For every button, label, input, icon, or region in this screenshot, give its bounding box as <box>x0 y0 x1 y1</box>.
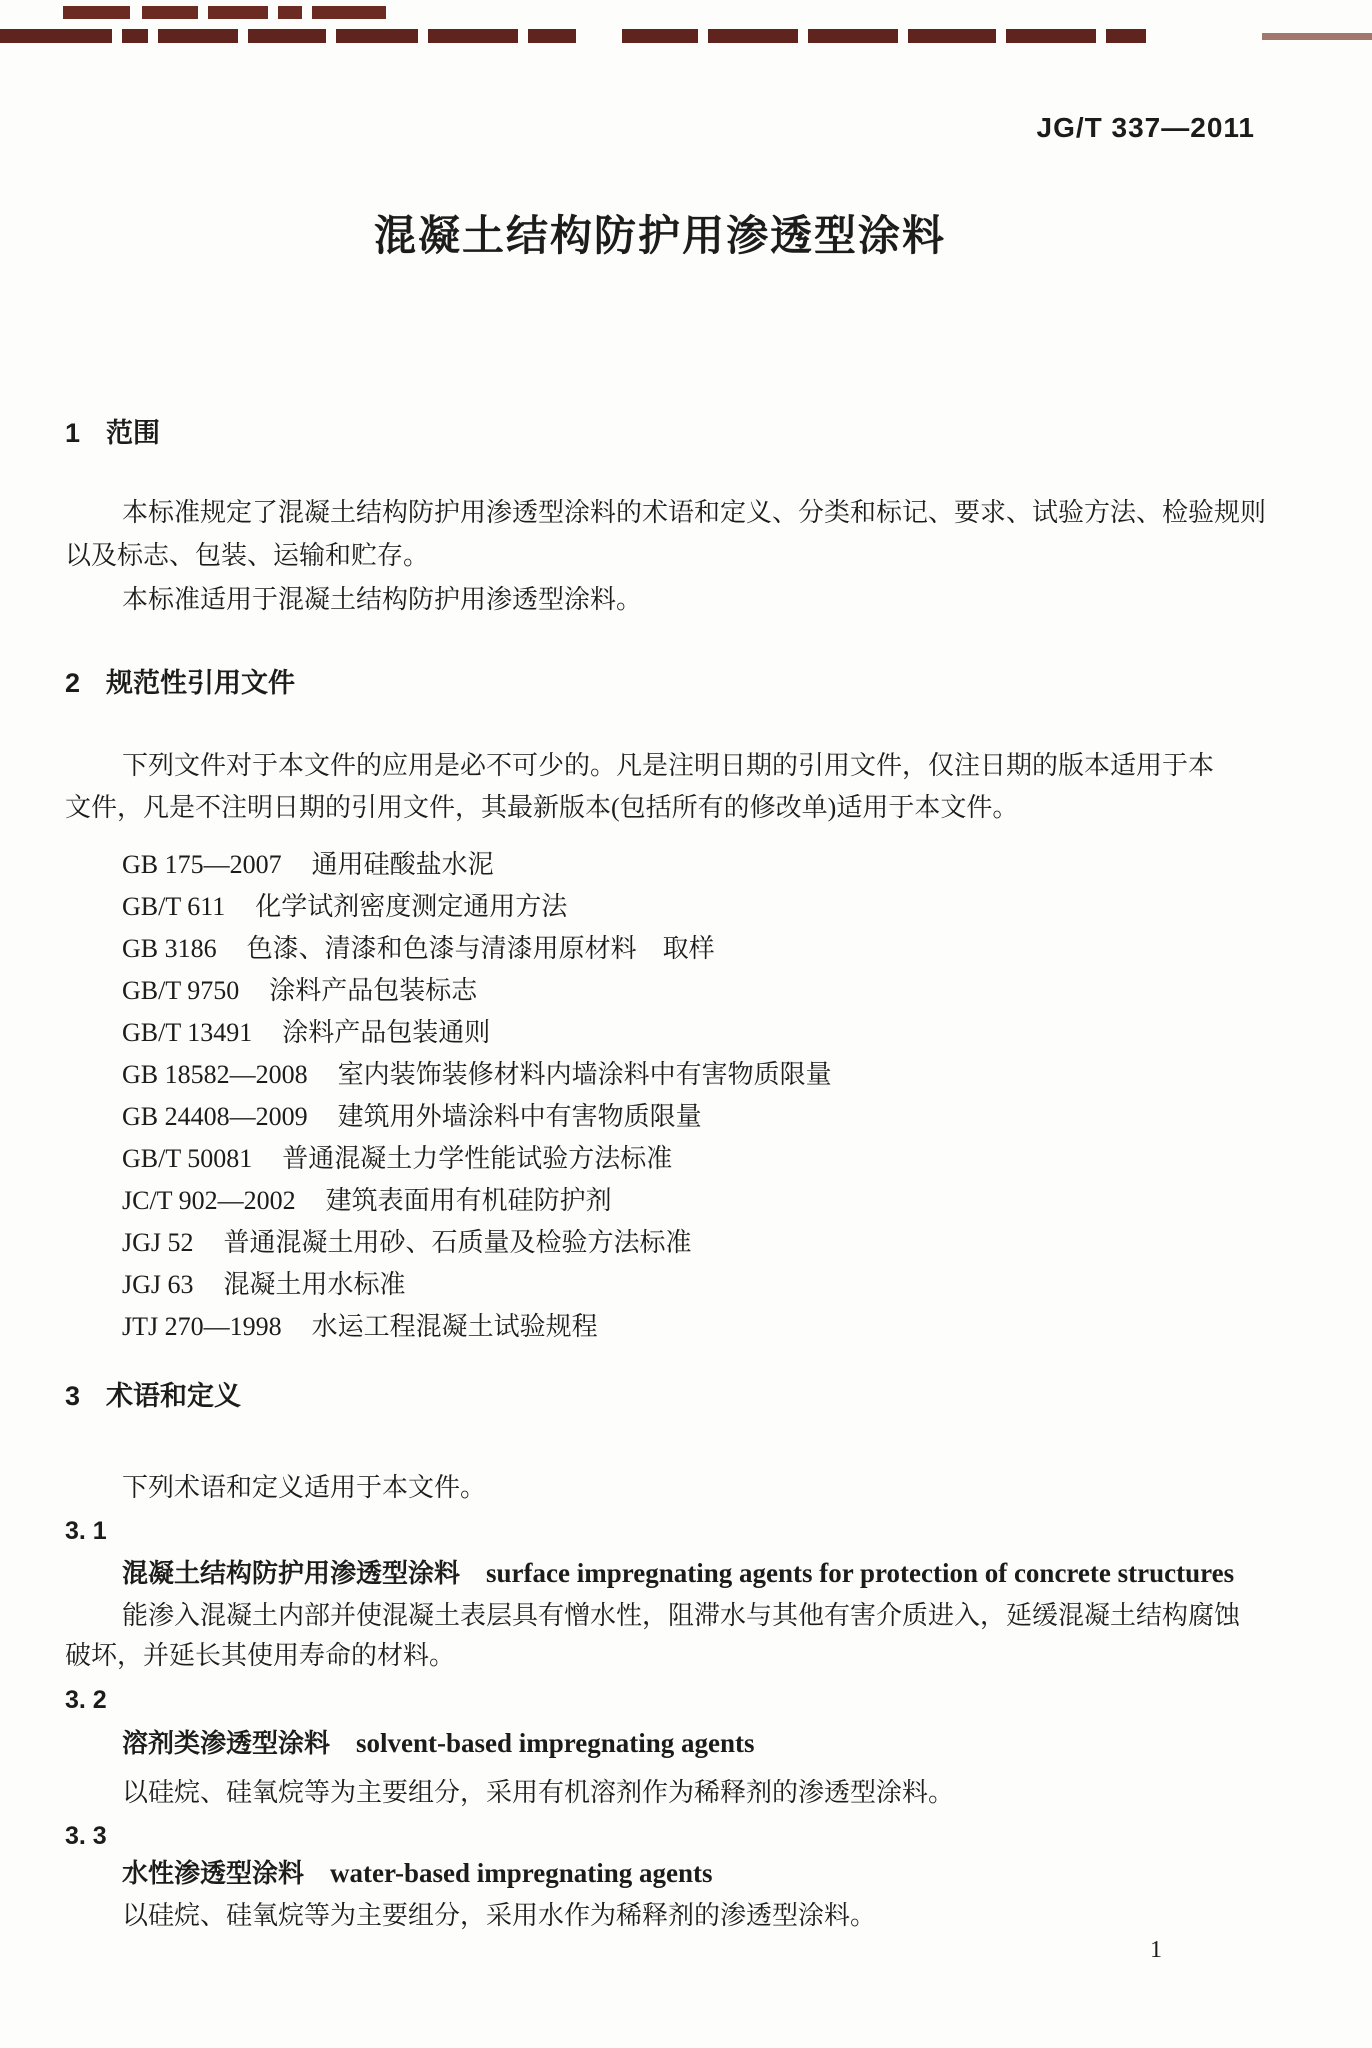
reference-item: JGJ 63混凝土用水标准 <box>122 1268 406 1302</box>
reference-item: JGJ 52普通混凝土用砂、石质量及检验方法标准 <box>122 1226 692 1260</box>
section-title: 规范性引用文件 <box>106 668 295 698</box>
scan-artifact-line <box>1262 33 1372 40</box>
reference-code: GB/T 50081 <box>122 1144 252 1173</box>
term-name-en: water-based impregnating agents <box>330 1858 712 1888</box>
section-title: 术语和定义 <box>106 1381 241 1411</box>
reference-item: GB/T 9750涂料产品包装标志 <box>122 974 477 1008</box>
reference-code: JGJ 63 <box>122 1270 194 1299</box>
paragraph-line: 本标准适用于混凝土结构防护用渗透型涂料。 <box>122 583 642 617</box>
reference-title: 普通混凝土力学性能试验方法标准 <box>282 1144 672 1173</box>
reference-title: 普通混凝土用砂、石质量及检验方法标准 <box>224 1228 692 1257</box>
section-1-heading: 1范围 <box>65 416 160 450</box>
reference-code: JTJ 270—1998 <box>122 1312 282 1341</box>
term-name-en: surface impregnating agents for protecti… <box>486 1558 1234 1588</box>
page-number: 1 <box>1150 1935 1162 1965</box>
reference-code: GB 18582—2008 <box>122 1060 308 1089</box>
term-definition-line: 能渗入混凝土内部并使混凝土表层具有憎水性，阻滞水与其他有害介质进入，延缓混凝土结… <box>122 1599 1240 1633</box>
term-name-cn: 溶剂类渗透型涂料 <box>122 1728 330 1758</box>
reference-item: GB 3186色漆、清漆和色漆与清漆用原材料 取样 <box>122 932 715 966</box>
reference-title: 建筑表面用有机硅防护剂 <box>326 1186 612 1215</box>
reference-title: 通用硅酸盐水泥 <box>312 850 494 879</box>
terms-intro: 下列术语和定义适用于本文件。 <box>122 1471 486 1505</box>
reference-title: 涂料产品包装标志 <box>269 976 477 1005</box>
section-3-heading: 3术语和定义 <box>65 1379 241 1413</box>
paragraph-line: 文件，凡是不注明日期的引用文件，其最新版本(包括所有的修改单)适用于本文件。 <box>65 791 1018 825</box>
document-title: 混凝土结构防护用渗透型涂料 <box>65 203 1255 263</box>
reference-title: 色漆、清漆和色漆与清漆用原材料 取样 <box>247 934 715 963</box>
paragraph-line: 下列文件对于本文件的应用是必不可少的。凡是注明日期的引用文件，仅注日期的版本适用… <box>122 749 1214 783</box>
section-2-heading: 2规范性引用文件 <box>65 666 295 700</box>
term-definition-line: 破坏，并延长其使用寿命的材料。 <box>65 1639 455 1673</box>
term-entry: 混凝土结构防护用渗透型涂料surface impregnating agents… <box>122 1556 1234 1591</box>
reference-item: GB 175—2007通用硅酸盐水泥 <box>122 848 494 882</box>
reference-item: GB/T 611化学试剂密度测定通用方法 <box>122 890 567 924</box>
reference-title: 涂料产品包装通则 <box>282 1018 490 1047</box>
reference-item: GB/T 13491涂料产品包装通则 <box>122 1016 490 1050</box>
section-number: 1 <box>65 416 80 450</box>
term-number: 3. 3 <box>65 1819 107 1853</box>
reference-item: JTJ 270—1998水运工程混凝土试验规程 <box>122 1310 598 1344</box>
reference-title: 混凝土用水标准 <box>224 1270 406 1299</box>
reference-code: JGJ 52 <box>122 1228 194 1257</box>
term-definition-line: 以硅烷、硅氧烷等为主要组分，采用水作为稀释剂的渗透型涂料。 <box>122 1899 876 1933</box>
reference-code: GB 3186 <box>122 934 217 963</box>
term-number: 3. 2 <box>65 1683 107 1717</box>
reference-code: GB/T 13491 <box>122 1018 252 1047</box>
term-name-en: solvent-based impregnating agents <box>356 1728 755 1758</box>
reference-code: JC/T 902—2002 <box>122 1186 296 1215</box>
reference-item: GB 24408—2009建筑用外墙涂料中有害物质限量 <box>122 1100 702 1134</box>
term-name-cn: 水性渗透型涂料 <box>122 1858 304 1888</box>
term-number: 3. 1 <box>65 1514 107 1548</box>
section-title: 范围 <box>106 418 160 448</box>
reference-title: 化学试剂密度测定通用方法 <box>255 892 567 921</box>
reference-item: GB/T 50081普通混凝土力学性能试验方法标准 <box>122 1142 672 1176</box>
term-entry: 溶剂类渗透型涂料solvent-based impregnating agent… <box>122 1726 755 1761</box>
reference-title: 建筑用外墙涂料中有害物质限量 <box>338 1102 702 1131</box>
paragraph-line: 以及标志、包装、运输和贮存。 <box>65 539 429 573</box>
reference-code: GB/T 9750 <box>122 976 239 1005</box>
term-entry: 水性渗透型涂料water-based impregnating agents <box>122 1856 713 1891</box>
paragraph-line: 本标准规定了混凝土结构防护用渗透型涂料的术语和定义、分类和标记、要求、试验方法、… <box>122 496 1266 530</box>
reference-item: GB 18582—2008室内装饰装修材料内墙涂料中有害物质限量 <box>122 1058 832 1092</box>
standard-code: JG/T 337—2011 <box>1037 112 1255 144</box>
term-name-cn: 混凝土结构防护用渗透型涂料 <box>122 1558 460 1588</box>
document-content: JG/T 337—2011 混凝土结构防护用渗透型涂料 1范围 本标准规定了混凝… <box>65 0 1255 2048</box>
reference-code: GB 24408—2009 <box>122 1102 308 1131</box>
term-definition-line: 以硅烷、硅氧烷等为主要组分，采用有机溶剂作为稀释剂的渗透型涂料。 <box>122 1776 954 1810</box>
reference-code: GB 175—2007 <box>122 850 282 879</box>
document-page: JG/T 337—2011 混凝土结构防护用渗透型涂料 1范围 本标准规定了混凝… <box>0 0 1372 2048</box>
section-number: 3 <box>65 1379 80 1413</box>
section-number: 2 <box>65 666 80 700</box>
reference-code: GB/T 611 <box>122 892 225 921</box>
reference-title: 室内装饰装修材料内墙涂料中有害物质限量 <box>338 1060 832 1089</box>
reference-title: 水运工程混凝土试验规程 <box>312 1312 598 1341</box>
reference-item: JC/T 902—2002建筑表面用有机硅防护剂 <box>122 1184 612 1218</box>
